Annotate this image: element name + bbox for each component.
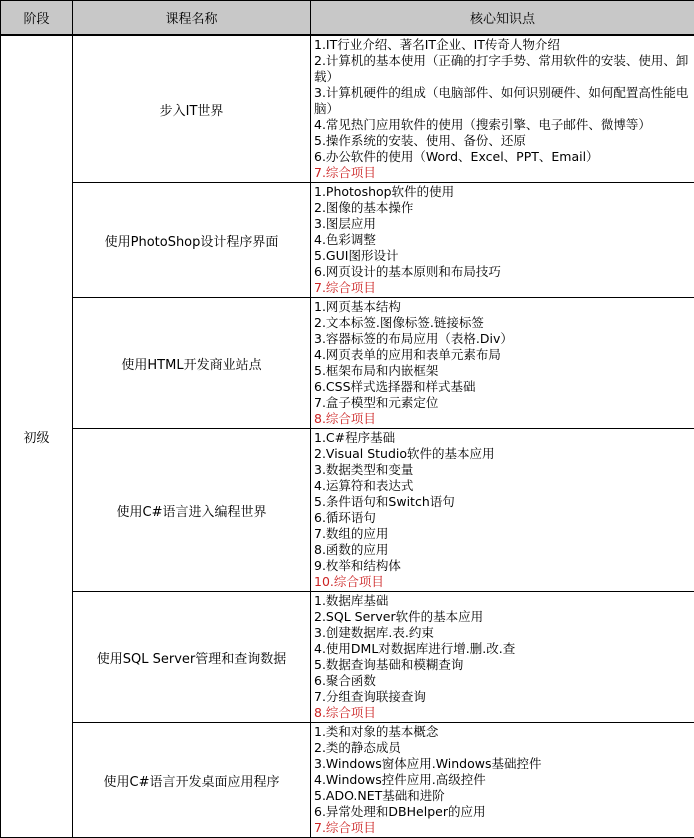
knowledge-point: 5.框架布局和内嵌框架 bbox=[314, 363, 692, 379]
knowledge-point: 6.异常处理和DBHelper的应用 bbox=[314, 804, 692, 820]
knowledge-point: 8.函数的应用 bbox=[314, 542, 692, 558]
header-knowledge-points: 核心知识点 bbox=[311, 1, 694, 36]
knowledge-point-highlighted: 7.综合项目 bbox=[314, 820, 692, 836]
knowledge-point: 2.Visual Studio软件的基本应用 bbox=[314, 446, 692, 462]
knowledge-points: 1.数据库基础 2.SQL Server软件的基本应用 3.创建数据库.表.约束… bbox=[311, 592, 694, 723]
course-row: 使用PhotoShop设计程序界面 1.Photoshop软件的使用 2.图像的… bbox=[1, 183, 694, 298]
course-row: 使用SQL Server管理和查询数据 1.数据库基础 2.SQL Server… bbox=[1, 592, 694, 723]
knowledge-point-highlighted: 7.综合项目 bbox=[314, 280, 692, 296]
knowledge-point: 1.Photoshop软件的使用 bbox=[314, 184, 692, 200]
knowledge-point: 4.运算符和表达式 bbox=[314, 478, 692, 494]
knowledge-point: 2.类的静态成员 bbox=[314, 740, 692, 756]
knowledge-point: 1.数据库基础 bbox=[314, 593, 692, 609]
header-course-name: 课程名称 bbox=[73, 1, 311, 36]
knowledge-point: 3.数据类型和变量 bbox=[314, 462, 692, 478]
knowledge-point: 1.类和对象的基本概念 bbox=[314, 724, 692, 740]
knowledge-points: 1.C#程序基础 2.Visual Studio软件的基本应用 3.数据类型和变… bbox=[311, 429, 694, 592]
knowledge-point: 3.Windows窗体应用.Windows基础控件 bbox=[314, 756, 692, 772]
knowledge-point: 5.操作系统的安装、使用、备份、还原 bbox=[314, 133, 692, 149]
knowledge-point: 4.网页表单的应用和表单元素布局 bbox=[314, 347, 692, 363]
knowledge-point: 1.IT行业介绍、著名IT企业、IT传奇人物介绍 bbox=[314, 37, 692, 53]
course-name: 使用C#语言开发桌面应用程序 bbox=[73, 723, 311, 838]
course-row: 使用C#语言进入编程世界 1.C#程序基础 2.Visual Studio软件的… bbox=[1, 429, 694, 592]
knowledge-point: 4.色彩调整 bbox=[314, 232, 692, 248]
knowledge-point: 3.容器标签的布局应用（表格.Div） bbox=[314, 331, 692, 347]
course-row: 使用C#语言开发桌面应用程序 1.类和对象的基本概念 2.类的静态成员 3.Wi… bbox=[1, 723, 694, 838]
header-row: 阶段 课程名称 核心知识点 bbox=[1, 1, 694, 36]
knowledge-point: 5.GUI图形设计 bbox=[314, 248, 692, 264]
knowledge-point: 2.SQL Server软件的基本应用 bbox=[314, 609, 692, 625]
knowledge-point: 4.使用DML对数据库进行增.删.改.查 bbox=[314, 641, 692, 657]
knowledge-point-highlighted: 10.综合项目 bbox=[314, 574, 692, 590]
knowledge-point: 4.Windows控件应用.高级控件 bbox=[314, 772, 692, 788]
knowledge-point: 7.分组查询联接查询 bbox=[314, 689, 692, 705]
knowledge-point: 9.枚举和结构体 bbox=[314, 558, 692, 574]
knowledge-point: 5.ADO.NET基础和进阶 bbox=[314, 788, 692, 804]
knowledge-point: 5.数据查询基础和模糊查询 bbox=[314, 657, 692, 673]
knowledge-point-highlighted: 8.综合项目 bbox=[314, 411, 692, 427]
knowledge-point-highlighted: 8.综合项目 bbox=[314, 705, 692, 721]
knowledge-point: 6.CSS样式选择器和样式基础 bbox=[314, 379, 692, 395]
knowledge-points: 1.IT行业介绍、著名IT企业、IT传奇人物介绍 2.计算机的基本使用（正确的打… bbox=[311, 35, 694, 183]
stage-cell: 初级 bbox=[1, 35, 73, 838]
knowledge-point: 5.条件语句和Switch语句 bbox=[314, 494, 692, 510]
course-name: 步入IT世界 bbox=[73, 35, 311, 183]
knowledge-point: 6.循环语句 bbox=[314, 510, 692, 526]
course-name: 使用PhotoShop设计程序界面 bbox=[73, 183, 311, 298]
knowledge-point: 3.图层应用 bbox=[314, 216, 692, 232]
knowledge-point: 1.网页基本结构 bbox=[314, 299, 692, 315]
course-name: 使用HTML开发商业站点 bbox=[73, 298, 311, 429]
knowledge-point: 7.数组的应用 bbox=[314, 526, 692, 542]
knowledge-point: 2.图像的基本操作 bbox=[314, 200, 692, 216]
knowledge-point: 6.聚合函数 bbox=[314, 673, 692, 689]
knowledge-point-highlighted: 7.综合项目 bbox=[314, 165, 692, 181]
knowledge-point: 7.盒子模型和元素定位 bbox=[314, 395, 692, 411]
knowledge-point: 6.办公软件的使用（Word、Excel、PPT、Email） bbox=[314, 149, 692, 165]
knowledge-point: 2.文本标签.图像标签.链接标签 bbox=[314, 315, 692, 331]
header-stage: 阶段 bbox=[1, 1, 73, 36]
course-row: 使用HTML开发商业站点 1.网页基本结构 2.文本标签.图像标签.链接标签 3… bbox=[1, 298, 694, 429]
course-row: 初级 步入IT世界 1.IT行业介绍、著名IT企业、IT传奇人物介绍 2.计算机… bbox=[1, 35, 694, 183]
knowledge-point: 4.常见热门应用软件的使用（搜索引擎、电子邮件、微博等） bbox=[314, 117, 692, 133]
knowledge-point: 3.计算机硬件的组成（电脑部件、如何识别硬件、如何配置高性能电脑） bbox=[314, 85, 692, 117]
course-name: 使用SQL Server管理和查询数据 bbox=[73, 592, 311, 723]
knowledge-point: 2.计算机的基本使用（正确的打字手势、常用软件的安装、使用、卸载） bbox=[314, 53, 692, 85]
course-name: 使用C#语言进入编程世界 bbox=[73, 429, 311, 592]
knowledge-point: 6.网页设计的基本原则和布局技巧 bbox=[314, 264, 692, 280]
knowledge-points: 1.类和对象的基本概念 2.类的静态成员 3.Windows窗体应用.Windo… bbox=[311, 723, 694, 838]
knowledge-points: 1.Photoshop软件的使用 2.图像的基本操作 3.图层应用 4.色彩调整… bbox=[311, 183, 694, 298]
knowledge-point: 1.C#程序基础 bbox=[314, 430, 692, 446]
knowledge-points: 1.网页基本结构 2.文本标签.图像标签.链接标签 3.容器标签的布局应用（表格… bbox=[311, 298, 694, 429]
knowledge-point: 3.创建数据库.表.约束 bbox=[314, 625, 692, 641]
curriculum-table: 阶段 课程名称 核心知识点 初级 步入IT世界 1.IT行业介绍、著名IT企业、… bbox=[0, 0, 694, 838]
